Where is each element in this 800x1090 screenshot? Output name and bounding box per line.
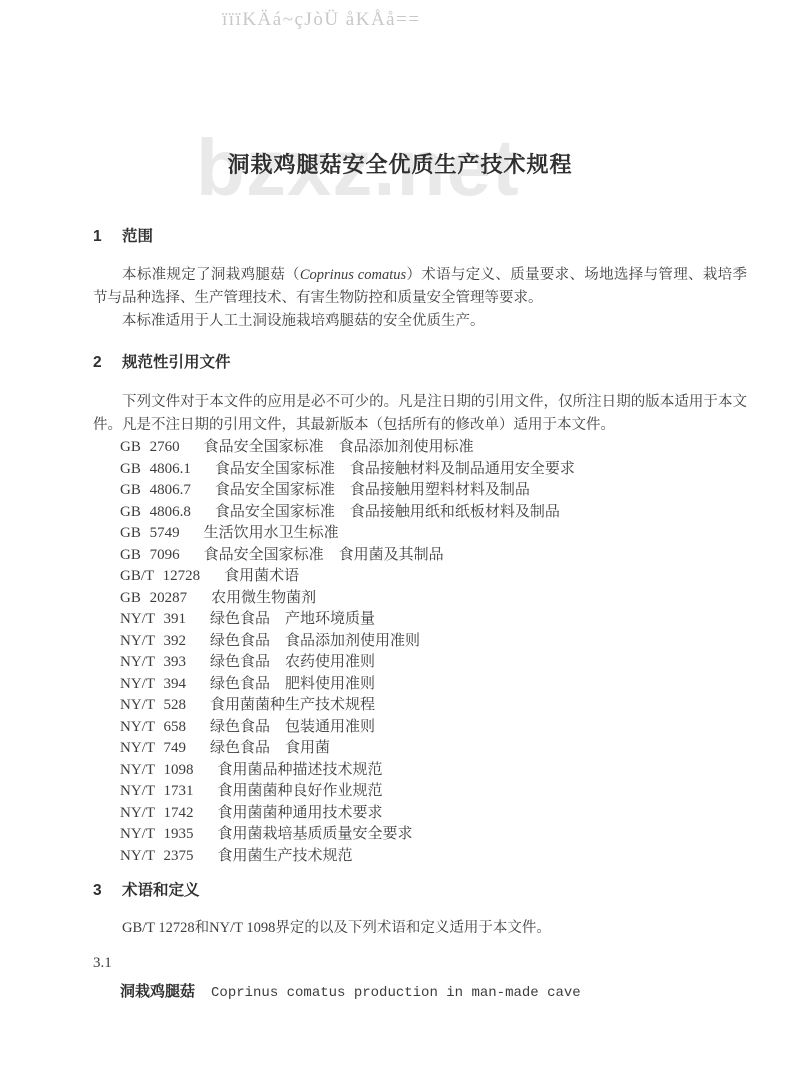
reference-row: GB 2760食品安全国家标准 食品添加剂使用标准 bbox=[93, 437, 747, 459]
section-2-intro-paragraph: 下列文件对于本文件的应用是必不可少的。凡是注日期的引用文件，仅所注日期的版本适用… bbox=[93, 391, 747, 437]
reference-row: NY/T 1098食用菌品种描述技术规范 bbox=[93, 760, 747, 782]
reference-title: 食用菌术语 bbox=[224, 568, 299, 584]
reference-row: GB 4806.7食品安全国家标准 食品接触用塑料材料及制品 bbox=[93, 480, 747, 502]
reference-code: NY/T 528 bbox=[120, 697, 186, 713]
reference-row: NY/T 1742食用菌菌种通用技术要求 bbox=[93, 803, 747, 825]
reference-code: NY/T 391 bbox=[120, 611, 186, 627]
reference-code: GB 4806.7 bbox=[120, 482, 191, 498]
reference-code: GB 7096 bbox=[120, 547, 180, 563]
reference-title: 绿色食品 包装通用准则 bbox=[210, 719, 375, 735]
reference-title: 食用菌菌种良好作业规范 bbox=[217, 783, 382, 799]
reference-title: 生活饮用水卫生标准 bbox=[204, 525, 339, 541]
reference-row: NY/T 394绿色食品 肥料使用准则 bbox=[93, 674, 747, 696]
paragraph-text: 本标准规定了洞栽鸡腿菇（ bbox=[122, 267, 300, 283]
reference-title: 绿色食品 产地环境质量 bbox=[210, 611, 375, 627]
section-3-title: 术语和定义 bbox=[122, 880, 200, 902]
reference-code: NY/T 2375 bbox=[120, 848, 193, 864]
page-running-header: ïïïKÄá~çJòÜ åKÅå== bbox=[222, 9, 421, 31]
reference-code: NY/T 393 bbox=[120, 654, 186, 670]
reference-code: NY/T 394 bbox=[120, 676, 186, 692]
reference-title: 食用菌生产技术规范 bbox=[217, 848, 352, 864]
section-2-heading: 2 规范性引用文件 bbox=[93, 352, 747, 374]
reference-code: NY/T 658 bbox=[120, 719, 186, 735]
reference-title: 绿色食品 肥料使用准则 bbox=[210, 676, 375, 692]
section-3-number: 3 bbox=[93, 880, 122, 902]
reference-title: 农用微生物菌剂 bbox=[211, 590, 316, 606]
term-number: 3.1 bbox=[93, 952, 747, 975]
reference-row: NY/T 749绿色食品 食用菌 bbox=[93, 738, 747, 760]
section-3-heading: 3 术语和定义 bbox=[93, 880, 747, 902]
reference-row: GB 4806.8食品安全国家标准 食品接触用纸和纸板材料及制品 bbox=[93, 502, 747, 524]
reference-row: NY/T 392绿色食品 食品添加剂使用准则 bbox=[93, 631, 747, 653]
reference-title: 食用菌品种描述技术规范 bbox=[217, 762, 382, 778]
section-2-number: 2 bbox=[93, 352, 122, 374]
reference-row: GB 7096食品安全国家标准 食用菌及其制品 bbox=[93, 545, 747, 567]
reference-code: GB/T 12728 bbox=[120, 568, 200, 584]
term-chinese: 洞栽鸡腿菇 bbox=[120, 983, 195, 1000]
document-body: 1 范围 本标准规定了洞栽鸡腿菇（Coprinus comatus）术语与定义、… bbox=[93, 0, 747, 1005]
term-english: Coprinus comatus production in man-made … bbox=[211, 985, 581, 1001]
reference-title: 食品安全国家标准 食品接触用塑料材料及制品 bbox=[215, 482, 530, 498]
reference-code: NY/T 1742 bbox=[120, 805, 193, 821]
reference-code: NY/T 1731 bbox=[120, 783, 193, 799]
reference-code: NY/T 392 bbox=[120, 633, 186, 649]
document-page: ïïïKÄá~çJòÜ åKÅå== bzxz.net 洞栽鸡腿菇安全优质生产技… bbox=[0, 0, 800, 1090]
reference-code: NY/T 1935 bbox=[120, 826, 193, 842]
reference-row: GB/T 12728食用菌术语 bbox=[93, 566, 747, 588]
reference-row: NY/T 391绿色食品 产地环境质量 bbox=[93, 609, 747, 631]
section-1-title: 范围 bbox=[122, 226, 153, 248]
reference-code: GB 20287 bbox=[120, 590, 187, 606]
reference-row: GB 20287农用微生物菌剂 bbox=[93, 588, 747, 610]
section-1-paragraph-1: 本标准规定了洞栽鸡腿菇（Coprinus comatus）术语与定义、质量要求、… bbox=[93, 264, 747, 310]
normative-references-list: GB 2760食品安全国家标准 食品添加剂使用标准 GB 4806.1食品安全国… bbox=[93, 437, 747, 867]
reference-row: NY/T 1935食用菌栽培基质质量安全要求 bbox=[93, 824, 747, 846]
section-3-intro-paragraph: GB/T 12728和NY/T 1098界定的以及下列术语和定义适用于本文件。 bbox=[93, 917, 747, 940]
reference-code: NY/T 1098 bbox=[120, 762, 193, 778]
reference-code: NY/T 749 bbox=[120, 740, 186, 756]
reference-title: 绿色食品 食品添加剂使用准则 bbox=[210, 633, 420, 649]
section-2-title: 规范性引用文件 bbox=[122, 352, 231, 374]
reference-title: 食用菌菌种通用技术要求 bbox=[217, 805, 382, 821]
reference-title: 食品安全国家标准 食品接触用纸和纸板材料及制品 bbox=[215, 504, 560, 520]
section-1-paragraph-2: 本标准适用于人工土洞设施栽培鸡腿菇的安全优质生产。 bbox=[93, 310, 747, 333]
reference-row: NY/T 528食用菌菌种生产技术规程 bbox=[93, 695, 747, 717]
term-definition-line: 洞栽鸡腿菇Coprinus comatus production in man-… bbox=[93, 980, 747, 1005]
reference-code: GB 4806.8 bbox=[120, 504, 191, 520]
reference-row: NY/T 658绿色食品 包装通用准则 bbox=[93, 717, 747, 739]
section-1-number: 1 bbox=[93, 226, 122, 248]
reference-title: 食品安全国家标准 食品添加剂使用标准 bbox=[204, 439, 474, 455]
section-1-heading: 1 范围 bbox=[93, 226, 747, 248]
latin-species-name: Coprinus comatus bbox=[300, 267, 406, 283]
reference-row: NY/T 1731食用菌菌种良好作业规范 bbox=[93, 781, 747, 803]
reference-row: GB 4806.1食品安全国家标准 食品接触材料及制品通用安全要求 bbox=[93, 459, 747, 481]
reference-title: 绿色食品 食用菌 bbox=[210, 740, 330, 756]
reference-code: GB 5749 bbox=[120, 525, 180, 541]
reference-title: 食品安全国家标准 食用菌及其制品 bbox=[204, 547, 444, 563]
reference-title: 食用菌栽培基质质量安全要求 bbox=[217, 826, 412, 842]
reference-title: 绿色食品 农药使用准则 bbox=[210, 654, 375, 670]
reference-row: NY/T 393绿色食品 农药使用准则 bbox=[93, 652, 747, 674]
reference-code: GB 4806.1 bbox=[120, 461, 191, 477]
reference-code: GB 2760 bbox=[120, 439, 180, 455]
reference-title: 食品安全国家标准 食品接触材料及制品通用安全要求 bbox=[215, 461, 575, 477]
reference-row: GB 5749生活饮用水卫生标准 bbox=[93, 523, 747, 545]
reference-row: NY/T 2375食用菌生产技术规范 bbox=[93, 846, 747, 868]
reference-title: 食用菌菌种生产技术规程 bbox=[210, 697, 375, 713]
